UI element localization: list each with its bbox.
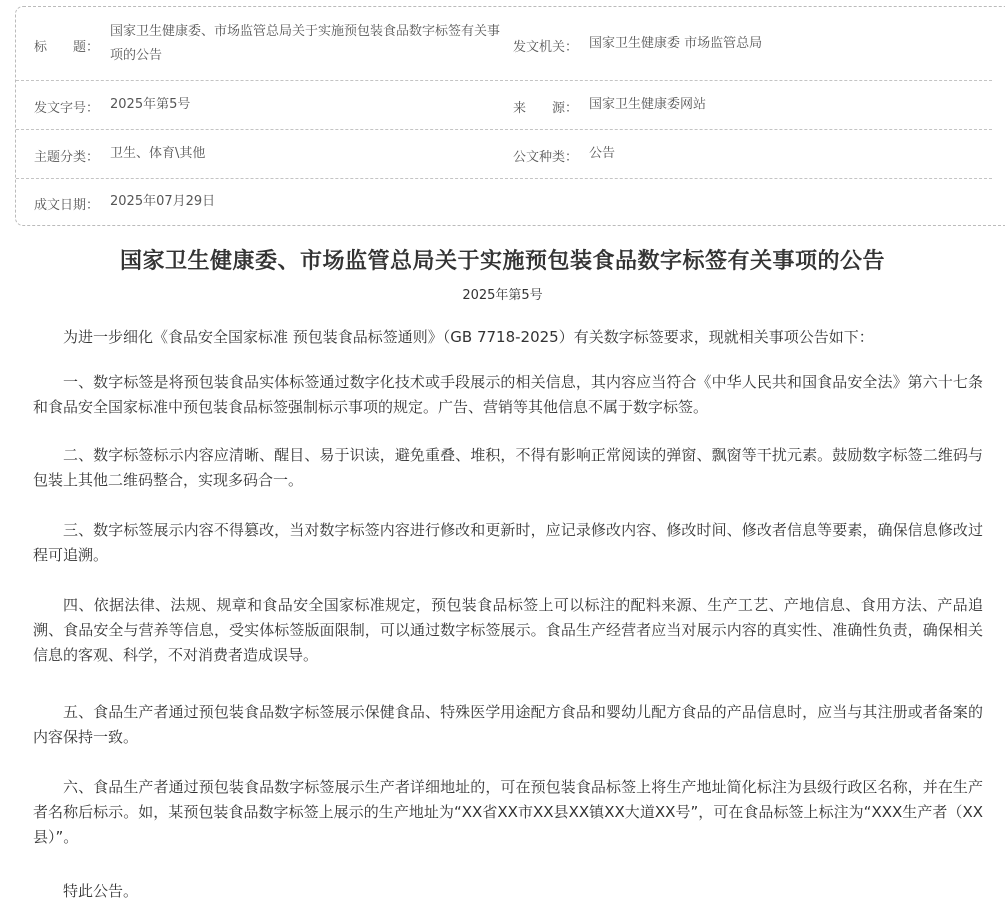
meta-row-docno: 发文字号： 2025年第5号 来 源： 国家卫生健康委网站: [16, 80, 992, 130]
paragraph-3: 三、数字标签展示内容不得篡改，当对数字标签内容进行修改和更新时，应记录修改内容、…: [33, 518, 983, 568]
paragraph-2: 二、数字标签标示内容应清晰、醒目、易于识读，避免重叠、堆积，不得有影响正常阅读的…: [33, 443, 983, 493]
paragraph-6: 六、食品生产者通过预包装食品数字标签展示生产者详细地址的，可在预包装食品标签上将…: [33, 775, 983, 850]
source-value: 国家卫生健康委网站: [589, 93, 706, 117]
docno-label: 发文字号：: [34, 97, 99, 116]
meta-row-title: 标 题： 国家卫生健康委、市场监管总局关于实施预包装食品数字标签有关事项的公告 …: [16, 6, 992, 81]
article-doc-number: 2025年第5号: [0, 284, 1005, 303]
date-label: 成文日期：: [34, 194, 99, 213]
title-value: 国家卫生健康委、市场监管总局关于实施预包装食品数字标签有关事项的公告: [110, 20, 508, 68]
source-label: 来 源：: [513, 97, 578, 116]
title-label: 标 题：: [34, 36, 99, 55]
docno-value: 2025年第5号: [110, 93, 190, 117]
article-title: 国家卫生健康委、市场监管总局关于实施预包装食品数字标签有关事项的公告: [0, 244, 1005, 275]
date-value: 2025年07月29日: [110, 190, 215, 214]
paragraph-1: 一、数字标签是将预包装食品实体标签通过数字化技术或手段展示的相关信息，其内容应当…: [33, 370, 983, 420]
paragraph-4: 四、依据法律、法规、规章和食品安全国家标准规定，预包装食品标签上可以标注的配料来…: [33, 593, 983, 668]
meta-row-date: 成文日期： 2025年07月29日: [16, 178, 992, 226]
paragraph-intro: 为进一步细化《食品安全国家标准 预包装食品标签通则》（GB 7718-2025）…: [33, 325, 983, 350]
issuer-label: 发文机关：: [513, 36, 578, 55]
paragraph-5: 五、食品生产者通过预包装食品数字标签展示保健食品、特殊医学用途配方食品和婴幼儿配…: [33, 700, 983, 750]
type-label: 公文种类：: [513, 146, 578, 165]
category-label: 主题分类：: [34, 146, 99, 165]
type-value: 公告: [589, 142, 615, 166]
category-value: 卫生、体育\其他: [110, 142, 205, 166]
meta-row-category: 主题分类： 卫生、体育\其他 公文种类： 公告: [16, 129, 992, 179]
paragraph-closing: 特此公告。: [33, 879, 983, 904]
issuer-value: 国家卫生健康委 市场监管总局: [589, 32, 762, 56]
